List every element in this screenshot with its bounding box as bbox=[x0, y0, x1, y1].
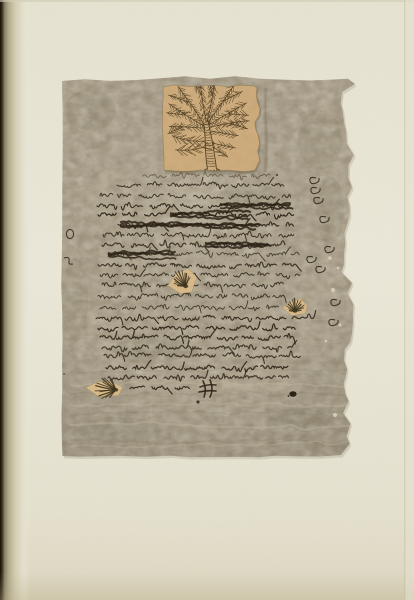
book-page-photograph bbox=[0, 0, 414, 600]
light-fleck bbox=[328, 256, 332, 260]
plate-under-shade bbox=[165, 171, 255, 175]
paper-surface bbox=[50, 66, 370, 470]
flower-center bbox=[293, 309, 298, 313]
dark-speck bbox=[196, 400, 199, 403]
mottle-patch bbox=[62, 258, 88, 342]
light-fleck bbox=[338, 323, 341, 326]
binding-gutter-shadow bbox=[0, 0, 30, 600]
mottle-patch bbox=[64, 90, 116, 130]
light-fleck bbox=[325, 340, 328, 343]
page-top-edge bbox=[0, 0, 414, 2]
page-right-margin bbox=[405, 0, 414, 600]
artwork-canvas bbox=[0, 0, 414, 600]
page-right-edge bbox=[404, 0, 405, 600]
light-fleck bbox=[333, 413, 337, 417]
ink-blot-satellite bbox=[288, 395, 290, 397]
mottle-patch bbox=[298, 110, 342, 170]
page-bottom-shade bbox=[0, 572, 414, 600]
light-fleck bbox=[337, 267, 340, 270]
light-fleck bbox=[331, 288, 335, 292]
ink-blot bbox=[289, 391, 296, 397]
dark-speck bbox=[276, 174, 278, 176]
mottle-patch bbox=[316, 176, 344, 244]
mottle-light bbox=[226, 368, 294, 392]
dark-speck bbox=[63, 373, 65, 375]
flower-ray bbox=[294, 298, 295, 311]
